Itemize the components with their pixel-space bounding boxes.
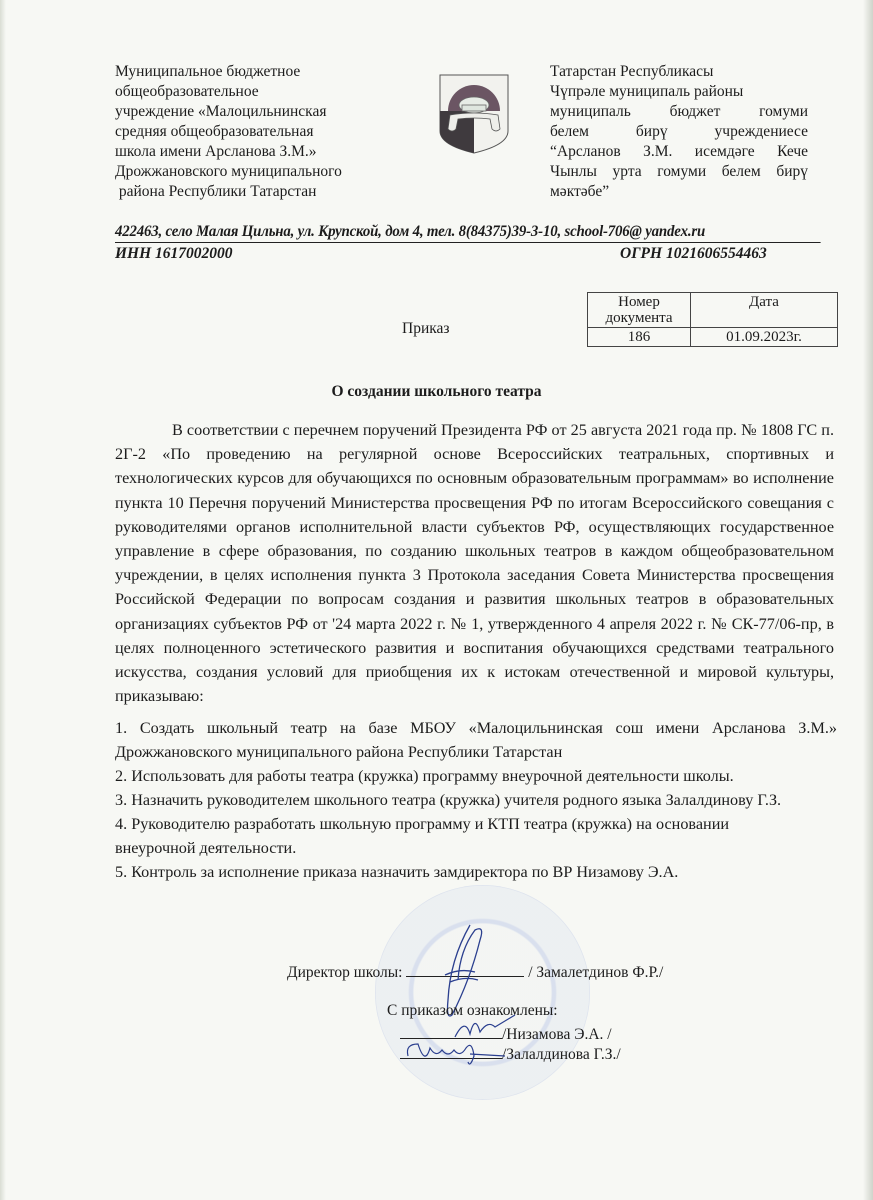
institution-name-tatar: Татарстан Республикасы Чүпрәле муниципал… — [550, 62, 808, 202]
contact-details: 422463, село Малая Цильна, ул. Крупской,… — [115, 222, 821, 243]
order-item: 1. Создать школьный театр на базе МБОУ «… — [115, 716, 837, 764]
scan-edge-left — [0, 0, 6, 1200]
header-right-line: “Арсланов З.М. исемдәге Кече — [550, 142, 808, 162]
doc-number-value: 186 — [588, 328, 691, 347]
order-item: 3. Назначить руководителем школьного теа… — [115, 788, 795, 812]
registration-numbers: ИНН 1617002000 ОГРН 1021606554463 — [115, 244, 850, 264]
date-header: Дата — [691, 293, 838, 328]
header-left-line: района Республики Татарстан — [115, 182, 395, 202]
scan-edge-right — [863, 0, 873, 1200]
zalaldinova-signature-icon — [400, 1036, 510, 1070]
order-preamble: В соответствии с перечнем поручений През… — [115, 418, 834, 708]
order-item: 4. Руководителю разработать школьную про… — [115, 812, 795, 860]
doc-number-header: Номер документа — [588, 293, 691, 328]
order-item: 2. Использовать для работы театра (кружк… — [115, 764, 837, 788]
inn-number: ИНН 1617002000 — [115, 245, 233, 262]
header-right-line: белем бирү учреждениесе — [550, 122, 808, 142]
order-title: О создании школьного театра — [0, 383, 873, 401]
header-left-line: Муниципальное бюджетное — [115, 62, 395, 82]
header-left-line: Дрожжановского муниципального — [115, 162, 395, 182]
director-name: / Замалетдинов Ф.Р./ — [528, 964, 663, 981]
acknowledged-name: /Залалдинова Г.З./ — [502, 1046, 621, 1063]
header-right-line: мәктәбе” — [550, 182, 808, 202]
header-left-line: общеобразовательное — [115, 82, 395, 102]
header-left-line: школа имени Арсланова З.М.» — [115, 142, 395, 162]
director-label: Директор школы: — [287, 964, 402, 981]
coat-of-arms-emblem-icon — [438, 73, 510, 155]
header-right-line: муниципаль бюджет гомуми — [550, 102, 808, 122]
order-item: 5. Контроль за исполнение приказа назнач… — [115, 860, 837, 884]
order-items-list: 1. Создать школьный театр на базе МБОУ «… — [115, 716, 837, 884]
header-right-line: Чүпрәле муниципаль районы — [550, 82, 808, 102]
header-left-line: учреждение «Малоцильнинская — [115, 102, 395, 122]
date-value: 01.09.2023г. — [691, 328, 838, 347]
order-label: Приказ — [402, 320, 450, 338]
header-right-line: Чынлы урта гомуми белем бирү — [550, 162, 808, 182]
institution-name-russian: Муниципальное бюджетное общеобразователь… — [115, 62, 395, 202]
header-right-line: Татарстан Республикасы — [550, 62, 808, 82]
header-left-line: средняя общеобразовательная — [115, 122, 395, 142]
ogrn-number: ОГРН 1021606554463 — [620, 244, 767, 264]
document-number-table: Номер документа Дата 186 01.09.2023г. — [587, 292, 838, 347]
